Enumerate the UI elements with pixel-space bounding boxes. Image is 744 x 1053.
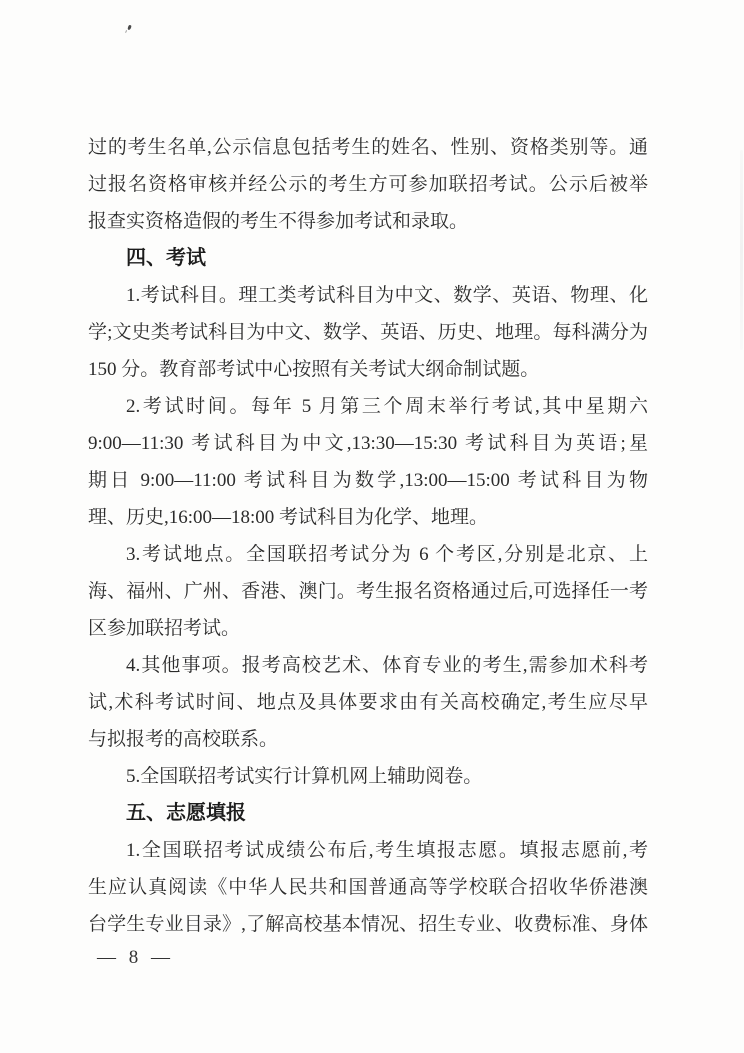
document-body: 过的考生名单,公示信息包括考生的姓名、性别、资格类别等。通过报名资格审核并经公示… (88, 129, 648, 943)
text-line: 理、历史,16:00—18:00 考试科目为化学、地理。 (88, 499, 648, 536)
ink-speck-artifact (127, 25, 131, 31)
text-line: 与拟报考的高校联系。 (88, 721, 648, 758)
text-line: 生应认真阅读《中华人民共和国普通高等学校联合招收华侨港澳 (88, 869, 648, 906)
section-heading: 五、志愿填报 (88, 795, 648, 832)
text-line: 1.考试科目。理工类考试科目为中文、数学、英语、物理、化 (88, 277, 648, 314)
text-line: 5.全国联招考试实行计算机网上辅助阅卷。 (88, 758, 648, 795)
text-line: 海、福州、广州、香港、澳门。考生报名资格通过后,可选择任一考 (88, 573, 648, 610)
text-line: 2.考试时间。每年 5 月第三个周末举行考试,其中星期六 (88, 388, 648, 425)
text-line: 3.考试地点。全国联招考试分为 6 个考区,分别是北京、上 (88, 536, 648, 573)
page-number: — 8 — (97, 943, 174, 973)
text-line: 1.全国联招考试成绩公布后,考生填报志愿。填报志愿前,考 (88, 832, 648, 869)
text-line: 台学生专业目录》,了解高校基本情况、招生专业、收费标准、身体 (88, 906, 648, 943)
text-line: 报查实资格造假的考生不得参加考试和录取。 (88, 203, 648, 240)
text-line: 试,术科考试时间、地点及具体要求由有关高校确定,考生应尽早 (88, 684, 648, 721)
text-line: 过的考生名单,公示信息包括考生的姓名、性别、资格类别等。通 (88, 129, 648, 166)
scan-edge-smudge (740, 150, 743, 350)
text-line: 期日 9:00—11:00 考试科目为数学,13:00—15:00 考试科目为物 (88, 462, 648, 499)
section-heading: 四、考试 (88, 240, 648, 277)
text-line: 学;文史类考试科目为中文、数学、英语、历史、地理。每科满分为 (88, 314, 648, 351)
text-line: 9:00—11:30 考试科目为中文,13:30—15:30 考试科目为英语;星 (88, 425, 648, 462)
text-line: 区参加联招考试。 (88, 610, 648, 647)
scanned-document-page: 过的考生名单,公示信息包括考生的姓名、性别、资格类别等。通过报名资格审核并经公示… (0, 0, 744, 1053)
text-line: 150 分。教育部考试中心按照有关考试大纲命制试题。 (88, 351, 648, 388)
text-line: 4.其他事项。报考高校艺术、体育专业的考生,需参加术科考 (88, 647, 648, 684)
text-line: 过报名资格审核并经公示的考生方可参加联招考试。公示后被举 (88, 166, 648, 203)
